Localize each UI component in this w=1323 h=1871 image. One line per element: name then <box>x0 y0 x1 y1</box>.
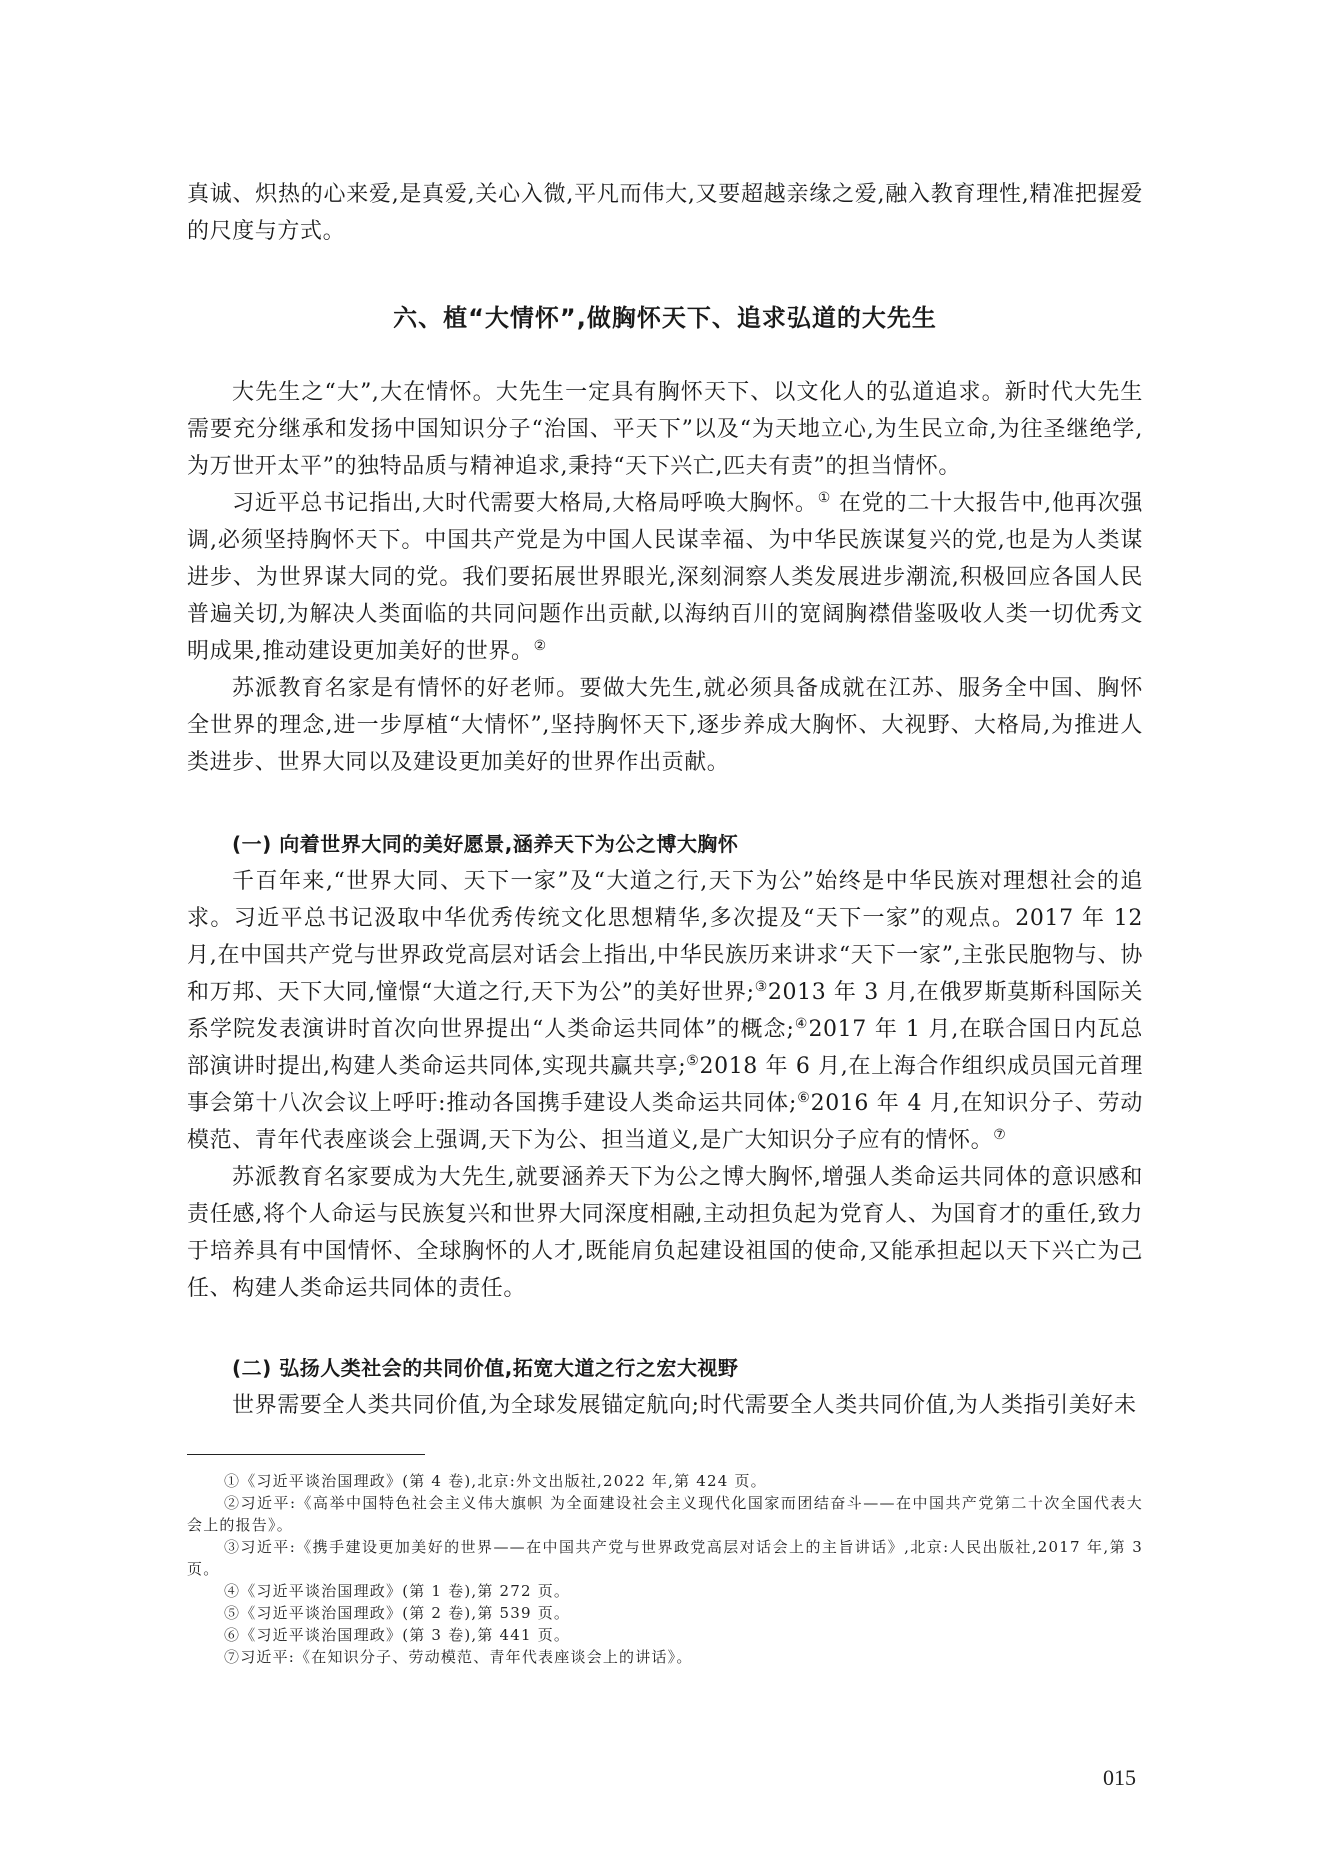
footnote-separator <box>187 1454 425 1455</box>
section-title: 六、植“大情怀”,做胸怀天下、追求弘道的大先生 <box>187 298 1143 333</box>
intro-paragraph-3: 苏派教育名家是有情怀的好老师。要做大先生,就必须具备成就在江苏、服务全中国、胸怀… <box>187 670 1143 781</box>
subsection-2: (二) 弘扬人类社会的共同价值,拓宽大道之行之宏大视野 世界需要全人类共同价值,… <box>187 1350 1143 1424</box>
carry-over-paragraph: 真诚、炽热的心来爱,是真爱,关心入微,平凡而伟大,又要超越亲缘之爱,融入教育理性… <box>187 176 1143 250</box>
footnote-3: ③习近平:《携手建设更加美好的世界——在中国共产党与世界政党高层对话会上的主旨讲… <box>187 1536 1143 1580</box>
footnote-ref-7[interactable]: ⑦ <box>993 1127 1006 1143</box>
page-number: 015 <box>1103 1765 1136 1791</box>
footnote-ref-1[interactable]: ① <box>818 490 831 506</box>
footnote-ref-6[interactable]: ⑥ <box>797 1090 811 1106</box>
subsection-2-paragraph-1: 世界需要全人类共同价值,为全球发展锚定航向;时代需要全人类共同价值,为人类指引美… <box>187 1387 1143 1424</box>
footnote-ref-3[interactable]: ③ <box>755 979 768 995</box>
footnotes: ①《习近平谈治国理政》(第 4 卷),北京:外文出版社,2022 年,第 424… <box>187 1470 1143 1668</box>
subsection-1: (一) 向着世界大同的美好愿景,涵养天下为公之博大胸怀 千百年来,“世界大同、天… <box>187 826 1143 1307</box>
subsection-2-title: (二) 弘扬人类社会的共同价值,拓宽大道之行之宏大视野 <box>187 1350 1143 1387</box>
footnote-6: ⑥《习近平谈治国理政》(第 3 卷),第 441 页。 <box>187 1624 1143 1646</box>
intro-paragraph-2-text-b: 在党的二十大报告中,他再次强调,必须坚持胸怀天下。中国共产党是为中国人民谋幸福、… <box>187 491 1143 664</box>
footnote-1: ①《习近平谈治国理政》(第 4 卷),北京:外文出版社,2022 年,第 424… <box>187 1470 1143 1492</box>
intro-paragraph-1: 大先生之“大”,大在情怀。大先生一定具有胸怀天下、以文化人的弘道追求。新时代大先… <box>187 374 1143 485</box>
footnote-4: ④《习近平谈治国理政》(第 1 卷),第 272 页。 <box>187 1580 1143 1602</box>
carry-over-paragraph-block: 真诚、炽热的心来爱,是真爱,关心入微,平凡而伟大,又要超越亲缘之爱,融入教育理性… <box>187 176 1143 250</box>
section-intro: 大先生之“大”,大在情怀。大先生一定具有胸怀天下、以文化人的弘道追求。新时代大先… <box>187 374 1143 781</box>
footnote-2: ②习近平:《高举中国特色社会主义伟大旗帜 为全面建设社会主义现代化国家而团结奋斗… <box>187 1492 1143 1536</box>
subsection-1-paragraph-2: 苏派教育名家要成为大先生,就要涵养天下为公之博大胸怀,增强人类命运共同体的意识感… <box>187 1159 1143 1307</box>
intro-paragraph-2: 习近平总书记指出,大时代需要大格局,大格局呼唤大胸怀。① 在党的二十大报告中,他… <box>187 485 1143 670</box>
subsection-1-paragraph-1: 千百年来,“世界大同、天下一家”及“大道之行,天下为公”始终是中华民族对理想社会… <box>187 863 1143 1159</box>
footnote-7: ⑦习近平:《在知识分子、劳动模范、青年代表座谈会上的讲话》。 <box>187 1646 1143 1668</box>
subsection-1-title: (一) 向着世界大同的美好愿景,涵养天下为公之博大胸怀 <box>187 826 1143 863</box>
footnote-ref-2[interactable]: ② <box>534 638 547 654</box>
footnote-ref-5[interactable]: ⑤ <box>686 1053 699 1069</box>
footnote-ref-4[interactable]: ④ <box>795 1016 809 1032</box>
footnote-5: ⑤《习近平谈治国理政》(第 2 卷),第 539 页。 <box>187 1602 1143 1624</box>
intro-paragraph-2-text-a: 习近平总书记指出,大时代需要大格局,大格局呼唤大胸怀。 <box>232 491 818 516</box>
